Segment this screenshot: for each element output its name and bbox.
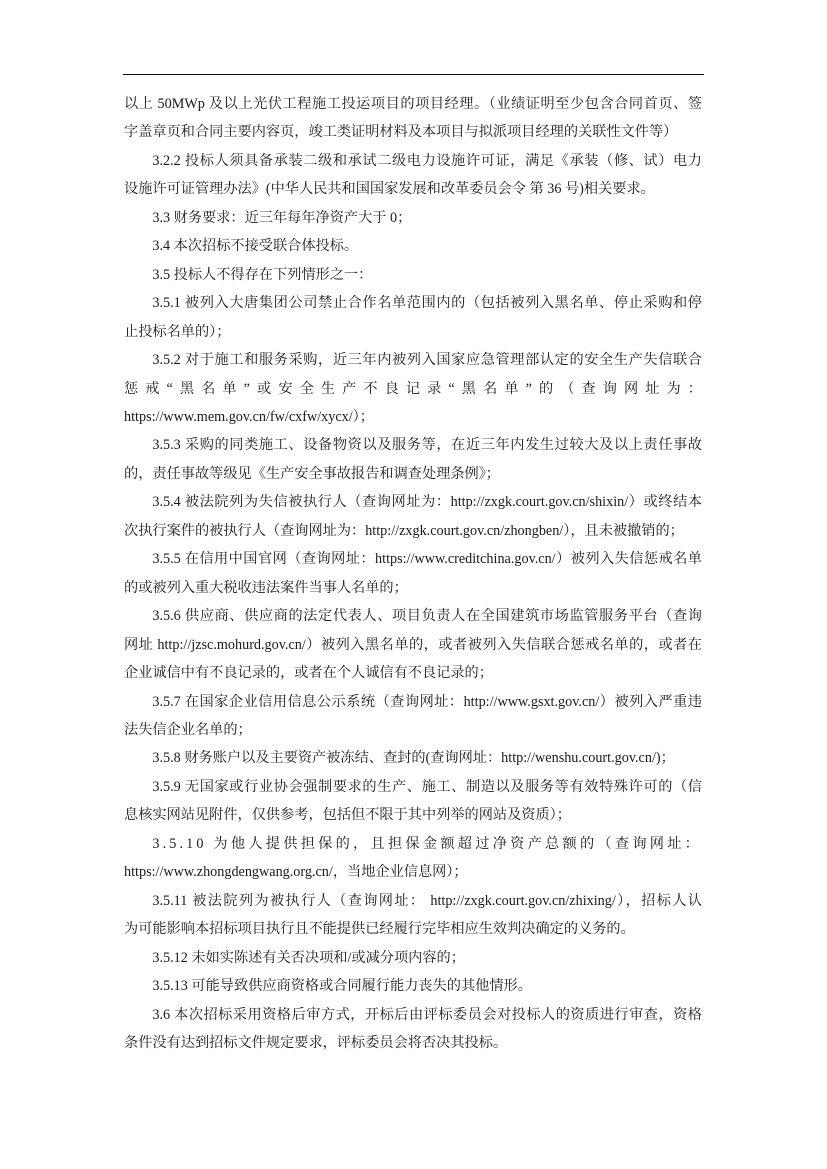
paragraph-line: https://www.mem.gov.cn/fw/cxfw/xycx/）； — [124, 403, 702, 431]
document-page: 以上 50MWp 及以上光伏工程施工投运项目的项目经理。（业绩证明至少包含合同首… — [0, 0, 827, 1169]
paragraph-line: 设施许可证管理办法》(中华人民共和国国家发展和改革委员会令 第 36 号)相关要… — [124, 175, 702, 203]
paragraph-line: 3.5.7 在国家企业信用信息公示系统（查询网址：http://www.gsxt… — [124, 688, 702, 716]
paragraph-line: 企业诚信中有不良记录的，或者在个人诚信有不良记录的； — [124, 659, 702, 687]
paragraph-line: 息核实网站见附件，仅供参考，包括但不限于其中列举的网站及资质）； — [124, 801, 702, 829]
paragraph-line: 的或被列入重大税收违法案件当事人名单的； — [124, 574, 702, 602]
paragraph-line: 为可能影响本招标项目执行且不能提供已经履行完毕相应生效判决确定的义务的。 — [124, 915, 702, 943]
paragraph-line: 条件没有达到招标文件规定要求，评标委员会将否决其投标。 — [124, 1029, 702, 1057]
paragraph-line: 3.5.2 对于施工和服务采购，近三年内被列入国家应急管理部认定的安全生产失信联… — [124, 346, 702, 374]
paragraph-line: 3.6 本次招标采用资格后审方式，开标后由评标委员会对投标人的资质进行审查，资格 — [124, 1001, 702, 1029]
paragraph-line: 3.5.3 采购的同类施工、设备物资以及服务等，在近三年内发生过较大及以上责任事… — [124, 431, 702, 459]
paragraph-line: 网址 http://jzsc.mohurd.gov.cn/）被列入黑名单的，或者… — [124, 631, 702, 659]
paragraph-line: 3.3 财务要求：近三年每年净资产大于 0； — [124, 204, 702, 232]
paragraph-line: 法失信企业名单的； — [124, 716, 702, 744]
paragraph-line: 3.5.12 未如实陈述有关否决项和/或减分项内容的； — [124, 944, 702, 972]
paragraph-line: 以上 50MWp 及以上光伏工程施工投运项目的项目经理。（业绩证明至少包含合同首… — [124, 90, 702, 118]
paragraph-line: 止投标名单的）； — [124, 318, 702, 346]
paragraph-line: 3.5.5 在信用中国官网（查询网址：https://www.creditchi… — [124, 545, 702, 573]
paragraph-line: 3.5.1 被列入大唐集团公司禁止合作名单范围内的（包括被列入黑名单、停止采购和… — [124, 289, 702, 317]
paragraph-line: 3.5.6 供应商、供应商的法定代表人、项目负责人在全国建筑市场监管服务平台（查… — [124, 602, 702, 630]
paragraph-line: 3.5.4 被法院列为失信被执行人（查询网址为：http://zxgk.cour… — [124, 488, 702, 516]
paragraph-line: 3.5.11 被法院列为被执行人（查询网址： http://zxgk.court… — [124, 887, 702, 915]
paragraph-line: 3.5.8 财务账户以及主要资产被冻结、查封的(查询网址：http://wens… — [124, 744, 702, 772]
paragraph-line: 3.2.2 投标人须具备承装二级和承试二级电力设施许可证，满足《承装（修、试）电… — [124, 147, 702, 175]
paragraph-line: 惩戒“黑名单”或安全生产不良记录“黑名单”的（查询网址为： — [124, 375, 702, 403]
paragraph-line: https://www.zhongdengwang.org.cn/，当地企业信息… — [124, 858, 702, 886]
paragraph-line: 3.5 投标人不得存在下列情形之一： — [124, 261, 702, 289]
paragraph-line: 的，责任事故等级见《生产安全事故报告和调查处理条例》； — [124, 460, 702, 488]
paragraph-line: 3.5.13 可能导致供应商资格或合同履行能力丧失的其他情形。 — [124, 972, 702, 1000]
paragraph-line: 3.5.10 为他人提供担保的，且担保金额超过净资产总额的（查询网址： — [124, 830, 702, 858]
paragraph-line: 字盖章页和合同主要内容页，竣工类证明材料及本项目与拟派项目经理的关联性文件等） — [124, 118, 702, 146]
header-rule — [123, 74, 704, 75]
document-body: 以上 50MWp 及以上光伏工程施工投运项目的项目经理。（业绩证明至少包含合同首… — [124, 90, 702, 1057]
paragraph-line: 3.5.9 无国家或行业协会强制要求的生产、施工、制造以及服务等有效特殊许可的（… — [124, 773, 702, 801]
paragraph-line: 次执行案件的被执行人（查询网址为：http://zxgk.court.gov.c… — [124, 517, 702, 545]
paragraph-line: 3.4 本次招标不接受联合体投标。 — [124, 232, 702, 260]
